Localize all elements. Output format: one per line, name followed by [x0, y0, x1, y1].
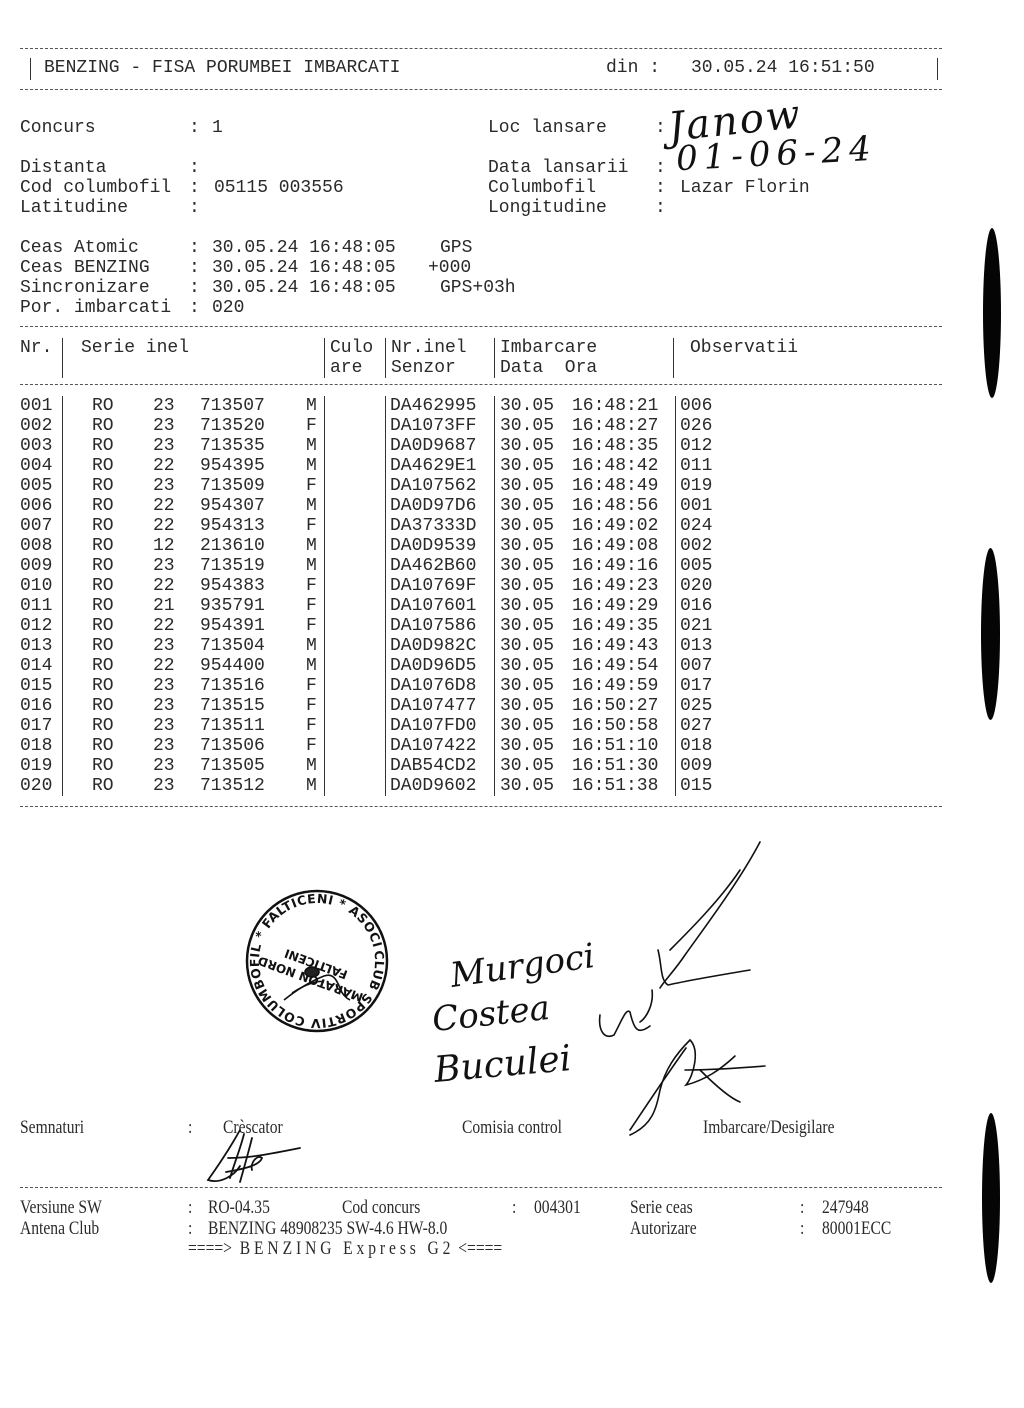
longitudine-label: Longitudine [488, 198, 607, 218]
cell-obs: 001 [680, 496, 712, 516]
cell-data: 30.05 [500, 556, 554, 576]
col-divider [62, 396, 63, 796]
cell-obs: 026 [680, 416, 712, 436]
cell-ora: 16:50:58 [572, 716, 658, 736]
cell-senzor: DA107586 [390, 616, 476, 636]
cell-country: RO [92, 456, 114, 476]
cell-ring: 954383 [200, 576, 265, 596]
cell-data: 30.05 [500, 636, 554, 656]
cell-senzor: DAB54CD2 [390, 756, 476, 776]
cell-senzor: DA0D9602 [390, 776, 476, 796]
ceas-atomic-colon: : [189, 238, 200, 258]
cell-ring: 713512 [200, 776, 265, 796]
comisia-control-label: Comisia control [462, 1118, 562, 1138]
benzing-express-banner: ====> B E N Z I N G E x p r e s s G 2 <=… [188, 1239, 502, 1259]
sincronizare-value: 30.05.24 16:48:05 [212, 278, 396, 298]
cell-year: 22 [153, 576, 175, 596]
cell-data: 30.05 [500, 516, 554, 536]
cell-ora: 16:48:21 [572, 396, 658, 416]
cell-nr: 010 [20, 576, 52, 596]
cell-obs: 019 [680, 476, 712, 496]
columbofil-label: Columbofil [488, 178, 596, 198]
cell-obs: 020 [680, 576, 712, 596]
cod-columbofil-label: Cod columbofil [20, 178, 171, 198]
cell-year: 23 [153, 756, 175, 776]
cell-data: 30.05 [500, 696, 554, 716]
scan-artifact-mark [981, 548, 1000, 720]
handwritten-name-1: Murgoci [448, 936, 597, 996]
cell-ring: 213610 [200, 536, 265, 556]
table-header-rule [20, 384, 942, 385]
col-header-imbarcare-1: Imbarcare [500, 338, 597, 358]
col-divider [385, 338, 386, 378]
cell-year: 23 [153, 696, 175, 716]
cell-obs: 009 [680, 756, 712, 776]
distanta-label: Distanta [20, 158, 106, 178]
versiune-sw-colon: : [188, 1198, 192, 1218]
ceas-benzing-label: Ceas BENZING [20, 258, 150, 278]
cell-year: 23 [153, 716, 175, 736]
cell-obs: 012 [680, 436, 712, 456]
header-left-bar [30, 58, 31, 80]
cell-senzor: DA107601 [390, 596, 476, 616]
cell-data: 30.05 [500, 396, 554, 416]
cell-senzor: DA1076D8 [390, 676, 476, 696]
cell-ora: 16:48:49 [572, 476, 658, 496]
cell-nr: 008 [20, 536, 52, 556]
footer-rule [20, 1187, 942, 1188]
cell-nr: 004 [20, 456, 52, 476]
cell-obs: 017 [680, 676, 712, 696]
cell-senzor: DA1073FF [390, 416, 476, 436]
cell-senzor: DA37333D [390, 516, 476, 536]
data-lansarii-label: Data lansarii [488, 158, 628, 178]
cell-ring: 954307 [200, 496, 265, 516]
header-right-bar [937, 58, 938, 80]
col-header-observatii: Observatii [690, 338, 798, 358]
cell-ora: 16:51:38 [572, 776, 658, 796]
cell-ring: 954313 [200, 516, 265, 536]
col-divider [385, 396, 386, 796]
ceas-atomic-suffix: GPS [440, 238, 472, 258]
cell-obs: 011 [680, 456, 712, 476]
ceas-benzing-suffix: +000 [428, 258, 471, 278]
cell-senzor: DA107562 [390, 476, 476, 496]
cell-year: 12 [153, 536, 175, 556]
cell-sex: M [306, 776, 317, 796]
por-imbarcati-value: 020 [212, 298, 244, 318]
cell-data: 30.05 [500, 596, 554, 616]
col-divider [324, 338, 325, 378]
cell-country: RO [92, 436, 114, 456]
cell-year: 21 [153, 596, 175, 616]
cell-nr: 005 [20, 476, 52, 496]
ceas-atomic-value: 30.05.24 16:48:05 [212, 238, 396, 258]
cell-ora: 16:49:16 [572, 556, 658, 576]
cell-obs: 027 [680, 716, 712, 736]
ceas-benzing-colon: : [189, 258, 200, 278]
cell-country: RO [92, 696, 114, 716]
cell-obs: 018 [680, 736, 712, 756]
cell-ring: 713520 [200, 416, 265, 436]
imbarcare-desigilare-label: Imbarcare/Desigilare [703, 1118, 834, 1138]
versiune-sw-label: Versiune SW [20, 1198, 102, 1218]
cell-sex: M [306, 536, 317, 556]
cell-senzor: DA107422 [390, 736, 476, 756]
columbofil-value: Lazar Florin [680, 178, 810, 198]
cell-senzor: DA462B60 [390, 556, 476, 576]
cell-ora: 16:51:30 [572, 756, 658, 776]
data-lansarii-colon: : [655, 158, 666, 178]
cell-year: 23 [153, 416, 175, 436]
cell-sex: M [306, 756, 317, 776]
cell-obs: 016 [680, 596, 712, 616]
scan-artifact-mark [983, 228, 1001, 398]
cell-data: 30.05 [500, 736, 554, 756]
cell-nr: 017 [20, 716, 52, 736]
cell-ring: 954391 [200, 616, 265, 636]
ceas-atomic-label: Ceas Atomic [20, 238, 139, 258]
cell-ora: 16:49:59 [572, 676, 658, 696]
cell-senzor: DA0D9539 [390, 536, 476, 556]
cell-ora: 16:48:42 [572, 456, 658, 476]
cell-sex: M [306, 636, 317, 656]
cell-ora: 16:49:08 [572, 536, 658, 556]
cell-senzor: DA10769F [390, 576, 476, 596]
cell-sex: F [306, 596, 317, 616]
cod-columbofil-value: 05115 003556 [214, 178, 344, 198]
cell-nr: 009 [20, 556, 52, 576]
cell-obs: 025 [680, 696, 712, 716]
cell-nr: 011 [20, 596, 52, 616]
header-top-rule [20, 48, 942, 49]
cell-nr: 013 [20, 636, 52, 656]
cell-sex: F [306, 696, 317, 716]
cell-ring: 713515 [200, 696, 265, 716]
cell-year: 23 [153, 776, 175, 796]
header-bottom-rule [20, 89, 942, 90]
cell-year: 22 [153, 496, 175, 516]
cell-nr: 006 [20, 496, 52, 516]
cell-senzor: DA0D97D6 [390, 496, 476, 516]
col-divider [494, 396, 495, 796]
columbofil-colon: : [655, 178, 666, 198]
cell-sex: F [306, 616, 317, 636]
cell-obs: 005 [680, 556, 712, 576]
cell-data: 30.05 [500, 456, 554, 476]
cell-nr: 014 [20, 656, 52, 676]
cell-sex: M [306, 556, 317, 576]
cell-senzor: DA0D96D5 [390, 656, 476, 676]
cell-year: 22 [153, 516, 175, 536]
cell-year: 23 [153, 396, 175, 416]
col-divider [324, 396, 325, 796]
cell-year: 22 [153, 656, 175, 676]
scan-artifact-mark [982, 1113, 1000, 1283]
versiune-sw-value: RO-04.35 [208, 1198, 270, 1218]
cell-year: 23 [153, 676, 175, 696]
handwritten-name-2: Costea [430, 988, 552, 1040]
cell-sex: M [306, 456, 317, 476]
cell-year: 22 [153, 456, 175, 476]
loc-lansare-colon: : [655, 118, 666, 138]
cell-ora: 16:51:10 [572, 736, 658, 756]
print-date-label: din : [606, 58, 660, 78]
print-date-value: 30.05.24 16:51:50 [691, 58, 875, 78]
cell-nr: 012 [20, 616, 52, 636]
cell-data: 30.05 [500, 496, 554, 516]
cell-ring: 713516 [200, 676, 265, 696]
col-divider [62, 338, 63, 378]
cell-senzor: DA107FD0 [390, 716, 476, 736]
cell-sex: F [306, 716, 317, 736]
col-divider [673, 338, 674, 378]
cell-nr: 007 [20, 516, 52, 536]
col-header-serie-inel: Serie inel [81, 338, 189, 358]
cell-senzor: DA0D9687 [390, 436, 476, 456]
longitudine-colon: : [655, 198, 666, 218]
col-header-culoare-2: are [330, 358, 362, 378]
cell-data: 30.05 [500, 656, 554, 676]
concurs-value: 1 [212, 118, 223, 138]
cell-ring: 954395 [200, 456, 265, 476]
sincronizare-label: Sincronizare [20, 278, 150, 298]
cell-sex: F [306, 676, 317, 696]
cell-country: RO [92, 716, 114, 736]
cell-sex: F [306, 736, 317, 756]
cell-ring: 713504 [200, 636, 265, 656]
sincronizare-colon: : [189, 278, 200, 298]
table-top-rule [20, 326, 942, 327]
col-divider [494, 338, 495, 378]
cell-ora: 16:49:43 [572, 636, 658, 656]
cell-country: RO [92, 556, 114, 576]
cell-country: RO [92, 656, 114, 676]
col-header-culoare-1: Culo [330, 338, 373, 358]
cell-ring: 713509 [200, 476, 265, 496]
cell-obs: 024 [680, 516, 712, 536]
cell-country: RO [92, 416, 114, 436]
por-imbarcati-colon: : [189, 298, 200, 318]
cell-ring: 935791 [200, 596, 265, 616]
cell-nr: 016 [20, 696, 52, 716]
cell-year: 23 [153, 736, 175, 756]
cell-ora: 16:48:56 [572, 496, 658, 516]
cell-country: RO [92, 736, 114, 756]
cell-ring: 713506 [200, 736, 265, 756]
autorizare-colon: : [800, 1219, 804, 1239]
cell-data: 30.05 [500, 756, 554, 776]
club-stamp: CLUB SPORTIV COLUMBOFIL * FALTICENI * AS… [244, 888, 390, 1034]
cell-ring: 713505 [200, 756, 265, 776]
cell-obs: 021 [680, 616, 712, 636]
distanta-colon: : [189, 158, 200, 178]
cell-ring: 713519 [200, 556, 265, 576]
cell-country: RO [92, 516, 114, 536]
col-header-senzor-1: Nr.inel [391, 338, 467, 358]
cell-sex: M [306, 496, 317, 516]
cod-concurs-colon: : [512, 1198, 516, 1218]
cell-obs: 006 [680, 396, 712, 416]
cell-ora: 16:49:54 [572, 656, 658, 676]
cell-ring: 713507 [200, 396, 265, 416]
semnaturi-label: Semnaturi [20, 1118, 84, 1138]
cell-nr: 018 [20, 736, 52, 756]
stamp-seal-icon: CLUB SPORTIV COLUMBOFIL * FALTICENI * AS… [244, 888, 390, 1034]
cell-country: RO [92, 776, 114, 796]
cell-data: 30.05 [500, 676, 554, 696]
cell-data: 30.05 [500, 476, 554, 496]
cell-ora: 16:49:02 [572, 516, 658, 536]
antena-club-value: BENZING 48908235 SW-4.6 HW-8.0 [208, 1219, 447, 1239]
cell-nr: 019 [20, 756, 52, 776]
cell-senzor: DA4629E1 [390, 456, 476, 476]
cell-country: RO [92, 596, 114, 616]
cell-nr: 001 [20, 396, 52, 416]
cell-senzor: DA462995 [390, 396, 476, 416]
cell-ora: 16:48:35 [572, 436, 658, 456]
antena-club-label: Antena Club [20, 1219, 99, 1239]
cell-data: 30.05 [500, 416, 554, 436]
sincronizare-suffix: GPS+03h [440, 278, 516, 298]
cell-ring: 713511 [200, 716, 265, 736]
cell-obs: 007 [680, 656, 712, 676]
cell-nr: 015 [20, 676, 52, 696]
col-header-nr: Nr. [20, 338, 52, 358]
cell-sex: M [306, 656, 317, 676]
cell-obs: 002 [680, 536, 712, 556]
cell-country: RO [92, 496, 114, 516]
cell-country: RO [92, 536, 114, 556]
cell-ring: 713535 [200, 436, 265, 456]
latitudine-label: Latitudine [20, 198, 128, 218]
cell-nr: 002 [20, 416, 52, 436]
cell-year: 23 [153, 556, 175, 576]
cell-sex: M [306, 396, 317, 416]
cell-data: 30.05 [500, 616, 554, 636]
cell-ora: 16:50:27 [572, 696, 658, 716]
cell-year: 22 [153, 616, 175, 636]
cell-country: RO [92, 616, 114, 636]
concurs-colon: : [189, 118, 200, 138]
latitudine-colon: : [189, 198, 200, 218]
handwritten-name-3: Buculei [432, 1038, 572, 1091]
antena-club-colon: : [188, 1219, 192, 1239]
cell-sex: M [306, 436, 317, 456]
cell-country: RO [92, 396, 114, 416]
cell-obs: 013 [680, 636, 712, 656]
crescator-signature [200, 1128, 310, 1188]
serie-ceas-colon: : [800, 1198, 804, 1218]
ceas-benzing-value: 30.05.24 16:48:05 [212, 258, 396, 278]
semnaturi-colon: : [188, 1118, 192, 1138]
cell-year: 23 [153, 476, 175, 496]
serie-ceas-label: Serie ceas [630, 1198, 693, 1218]
cell-data: 30.05 [500, 436, 554, 456]
autorizare-value: 80001ECC [822, 1219, 891, 1239]
cell-nr: 003 [20, 436, 52, 456]
cell-country: RO [92, 576, 114, 596]
cod-concurs-value: 004301 [534, 1198, 581, 1218]
cell-nr: 020 [20, 776, 52, 796]
cell-ora: 16:49:35 [572, 616, 658, 636]
cell-year: 23 [153, 436, 175, 456]
cell-country: RO [92, 636, 114, 656]
cell-data: 30.05 [500, 536, 554, 556]
commission-signature-scribbles [590, 830, 770, 1140]
cod-columbofil-colon: : [189, 178, 200, 198]
cell-data: 30.05 [500, 576, 554, 596]
cell-data: 30.05 [500, 776, 554, 796]
cell-country: RO [92, 476, 114, 496]
cell-sex: F [306, 476, 317, 496]
col-divider [675, 396, 676, 796]
cell-country: RO [92, 676, 114, 696]
cell-sex: F [306, 576, 317, 596]
cell-sex: F [306, 516, 317, 536]
serie-ceas-value: 247948 [822, 1198, 869, 1218]
cell-data: 30.05 [500, 716, 554, 736]
cell-ring: 954400 [200, 656, 265, 676]
cell-ora: 16:49:23 [572, 576, 658, 596]
col-header-senzor-2: Senzor [391, 358, 456, 378]
document-title: BENZING - FISA PORUMBEI IMBARCATI [44, 58, 400, 78]
table-bottom-rule [20, 806, 942, 807]
cod-concurs-label: Cod concurs [342, 1198, 420, 1218]
cell-country: RO [92, 756, 114, 776]
loc-lansare-label: Loc lansare [488, 118, 607, 138]
autorizare-label: Autorizare [630, 1219, 697, 1239]
cell-year: 23 [153, 636, 175, 656]
cell-obs: 015 [680, 776, 712, 796]
col-header-imbarcare-2: Data Ora [500, 358, 597, 378]
cell-sex: F [306, 416, 317, 436]
cell-ora: 16:48:27 [572, 416, 658, 436]
cell-senzor: DA0D982C [390, 636, 476, 656]
concurs-label: Concurs [20, 118, 96, 138]
por-imbarcati-label: Por. imbarcati [20, 298, 171, 318]
cell-ora: 16:49:29 [572, 596, 658, 616]
cell-senzor: DA107477 [390, 696, 476, 716]
